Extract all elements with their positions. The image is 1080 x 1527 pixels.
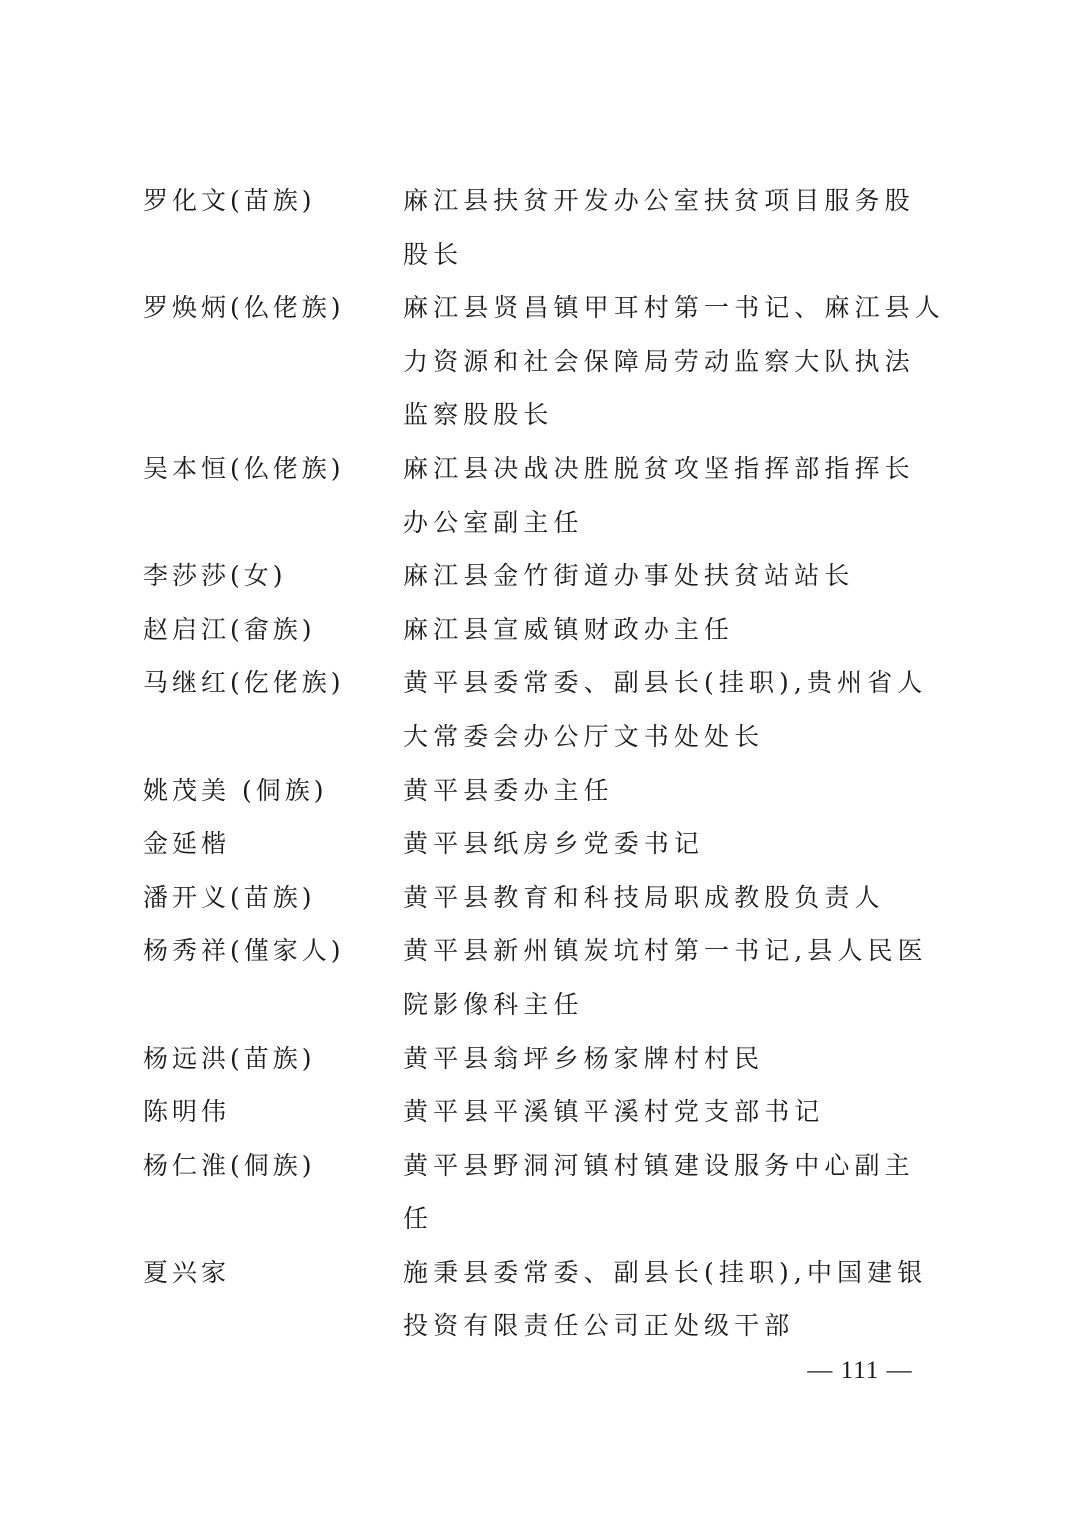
position-title: 黄平县野洞河镇村镇建设服务中心副主 任 [403,1139,943,1246]
page-number: — 111 — [800,1357,920,1385]
person-name: 夏兴家 [143,1246,403,1353]
person-name: 李莎莎(女) [143,549,403,603]
person-name: 杨远洪(苗族) [143,1032,403,1086]
list-item: 杨仁淮(侗族) 黄平县野洞河镇村镇建设服务中心副主 任 [143,1139,943,1246]
person-name: 罗化文(苗族) [143,174,403,281]
person-name: 金延楷 [143,817,403,871]
position-title: 施秉县委常委、副县长(挂职),中国建银 投资有限责任公司正处级干部 [403,1246,943,1353]
person-name: 罗焕炳(仫佬族) [143,281,403,442]
position-title: 黄平县纸房乡党委书记 [403,817,943,871]
honoree-list: 罗化文(苗族) 麻江县扶贫开发办公室扶贫项目服务股 股长 罗焕炳(仫佬族) 麻江… [143,174,943,1353]
position-title: 黄平县委办主任 [403,764,943,818]
list-item: 罗化文(苗族) 麻江县扶贫开发办公室扶贫项目服务股 股长 [143,174,943,281]
position-title: 麻江县扶贫开发办公室扶贫项目服务股 股长 [403,174,943,281]
position-title: 麻江县贤昌镇甲耳村第一书记、麻江县人 力资源和社会保障局劳动监察大队执法 监察股… [403,281,943,442]
list-item: 李莎莎(女) 麻江县金竹街道办事处扶贫站站长 [143,549,943,603]
position-title: 黄平县平溪镇平溪村党支部书记 [403,1085,943,1139]
list-item: 吴本恒(仫佬族) 麻江县决战决胜脱贫攻坚指挥部指挥长 办公室副主任 [143,442,943,549]
person-name: 马继红(仡佬族) [143,656,403,763]
list-item: 夏兴家 施秉县委常委、副县长(挂职),中国建银 投资有限责任公司正处级干部 [143,1246,943,1353]
person-name: 赵启江(畲族) [143,603,403,657]
person-name: 吴本恒(仫佬族) [143,442,403,549]
list-item: 罗焕炳(仫佬族) 麻江县贤昌镇甲耳村第一书记、麻江县人 力资源和社会保障局劳动监… [143,281,943,442]
person-name: 姚茂美 (侗族) [143,764,403,818]
list-item: 杨远洪(苗族) 黄平县翁坪乡杨家牌村村民 [143,1032,943,1086]
person-name: 潘开义(苗族) [143,871,403,925]
list-item: 赵启江(畲族) 麻江县宣威镇财政办主任 [143,603,943,657]
list-item: 马继红(仡佬族) 黄平县委常委、副县长(挂职),贵州省人 大常委会办公厅文书处处… [143,656,943,763]
position-title: 黄平县教育和科技局职成教股负责人 [403,871,943,925]
list-item: 陈明伟 黄平县平溪镇平溪村党支部书记 [143,1085,943,1139]
document-page: 罗化文(苗族) 麻江县扶贫开发办公室扶贫项目服务股 股长 罗焕炳(仫佬族) 麻江… [0,0,1080,1527]
list-item: 金延楷 黄平县纸房乡党委书记 [143,817,943,871]
position-title: 麻江县金竹街道办事处扶贫站站长 [403,549,943,603]
position-title: 黄平县翁坪乡杨家牌村村民 [403,1032,943,1086]
person-name: 杨秀祥(僅家人) [143,924,403,1031]
list-item: 杨秀祥(僅家人) 黄平县新州镇炭坑村第一书记,县人民医 院影像科主任 [143,924,943,1031]
position-title: 麻江县宣威镇财政办主任 [403,603,943,657]
position-title: 黄平县新州镇炭坑村第一书记,县人民医 院影像科主任 [403,924,943,1031]
position-title: 黄平县委常委、副县长(挂职),贵州省人 大常委会办公厅文书处处长 [403,656,943,763]
list-item: 姚茂美 (侗族) 黄平县委办主任 [143,764,943,818]
position-title: 麻江县决战决胜脱贫攻坚指挥部指挥长 办公室副主任 [403,442,943,549]
list-item: 潘开义(苗族) 黄平县教育和科技局职成教股负责人 [143,871,943,925]
person-name: 杨仁淮(侗族) [143,1139,403,1246]
person-name: 陈明伟 [143,1085,403,1139]
